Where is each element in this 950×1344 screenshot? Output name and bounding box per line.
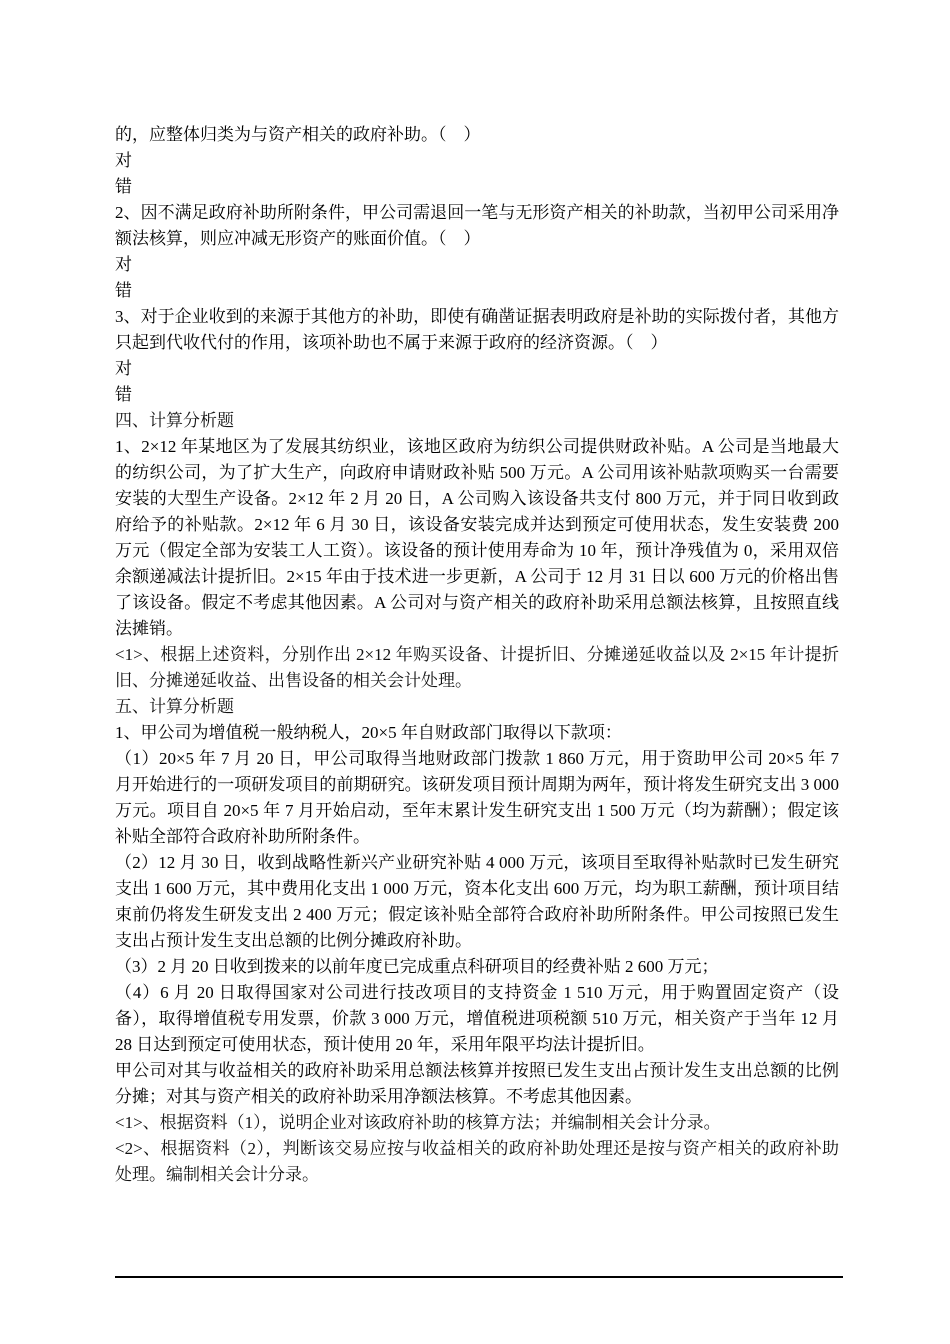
section-four-subquestion-1: <1>、根据上述资料，分别作出 2×12 年购买设备、计提折旧、分摊递延收益以及… <box>115 642 839 694</box>
section-five-intro: 1、甲公司为增值税一般纳税人，20×5 年自财政部门取得以下款项： <box>115 720 839 746</box>
section-five-item-1: （1）20×5 年 7 月 20 日，甲公司取得当地财政部门拨款 1 860 万… <box>115 746 839 850</box>
option-false[interactable]: 错 <box>115 382 839 408</box>
judgment-question-2-text: 2、因不满足政府补助所附条件，甲公司需退回一笔与无形资产相关的补助款，当初甲公司… <box>115 200 839 252</box>
section-five-item-2: （2）12 月 30 日，收到战略性新兴产业研究补贴 4 000 万元，该项目至… <box>115 850 839 954</box>
footer-rule <box>115 1276 843 1278</box>
document-content: 的，应整体归类为与资产相关的政府补助。（ ） 对 错 2、因不满足政府补助所附条… <box>115 122 839 1188</box>
section-five-item-3: （3）2 月 20 日收到拨来的以前年度已完成重点科研项目的经费补贴 2 600… <box>115 954 839 980</box>
section-five-item-4: （4）6 月 20 日取得国家对公司进行技改项目的支持资金 1 510 万元，用… <box>115 980 839 1058</box>
option-true[interactable]: 对 <box>115 148 839 174</box>
section-five-subquestion-1: <1>、根据资料（1），说明企业对该政府补助的核算方法；并编制相关会计分录。 <box>115 1110 839 1136</box>
document-page: 的，应整体归类为与资产相关的政府补助。（ ） 对 错 2、因不满足政府补助所附条… <box>0 0 950 1344</box>
option-true[interactable]: 对 <box>115 356 839 382</box>
option-false[interactable]: 错 <box>115 278 839 304</box>
section-four-heading: 四、计算分析题 <box>115 408 839 434</box>
judgment-question-3-text: 3、对于企业收到的来源于其他方的补助，即使有确凿证据表明政府是补助的实际拨付者，… <box>115 304 839 356</box>
option-false[interactable]: 错 <box>115 174 839 200</box>
section-five-note: 甲公司对其与收益相关的政府补助采用总额法核算并按照已发生支出占预计发生支出总额的… <box>115 1058 839 1110</box>
carryover-question-text: 的，应整体归类为与资产相关的政府补助。（ ） <box>115 122 839 148</box>
section-five-subquestion-2: <2>、根据资料（2），判断该交易应按与收益相关的政府补助处理还是按与资产相关的… <box>115 1136 839 1188</box>
section-four-question: 1、2×12 年某地区为了发展其纺织业，该地区政府为纺织公司提供财政补贴。A 公… <box>115 434 839 642</box>
section-five-heading: 五、计算分析题 <box>115 694 839 720</box>
option-true[interactable]: 对 <box>115 252 839 278</box>
